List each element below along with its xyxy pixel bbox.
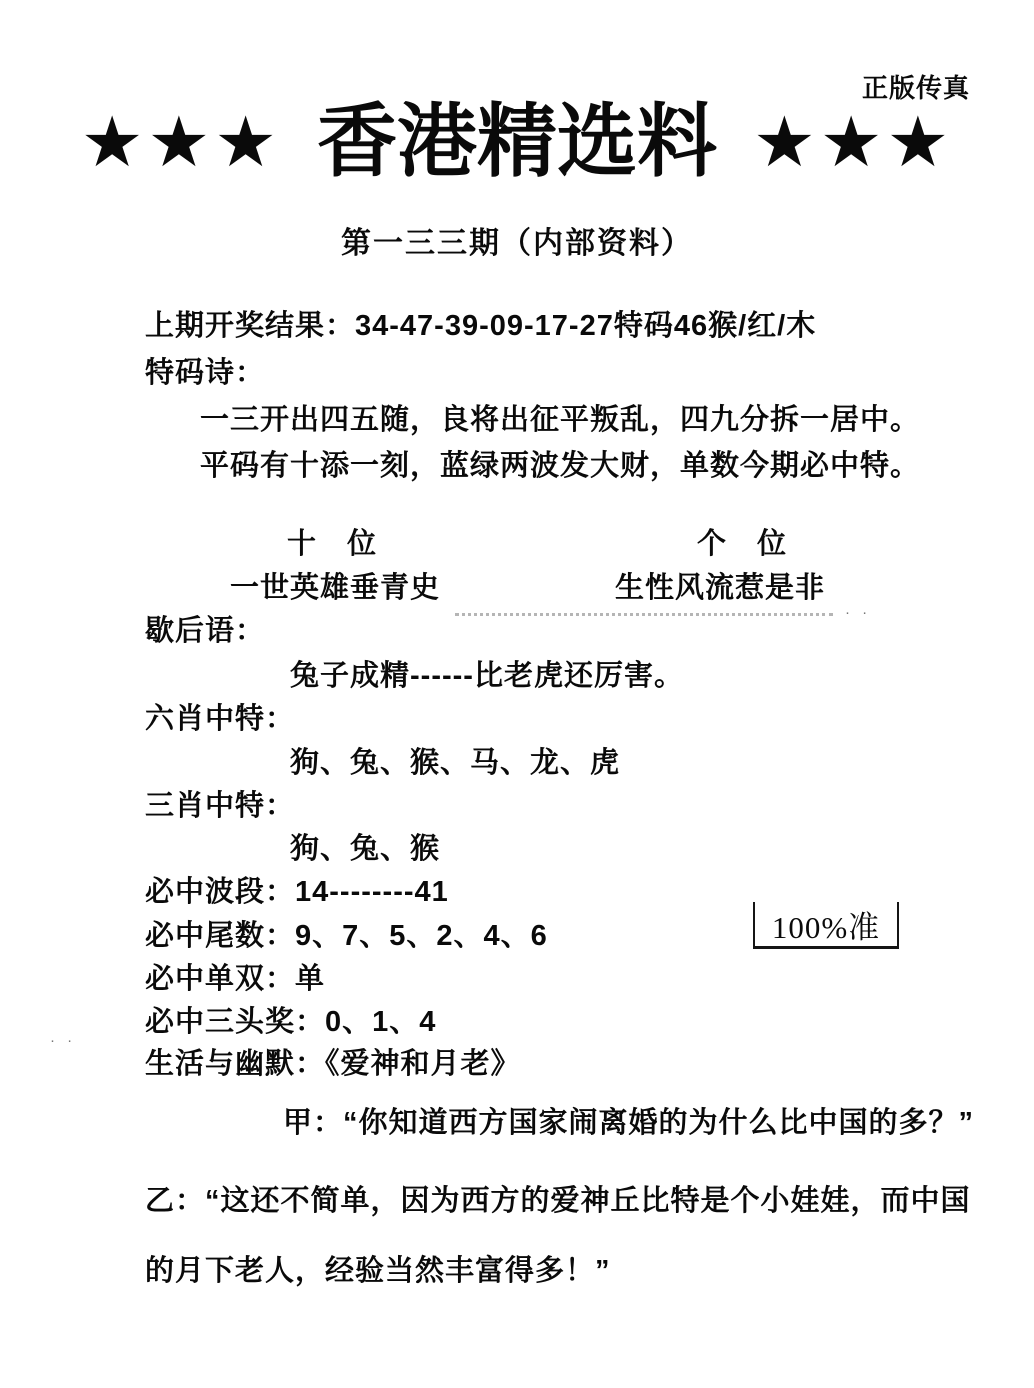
three-zodiac-values: 狗、兔、猴 <box>290 833 440 866</box>
title-row: ★★★ 香港精选料 ★★★ <box>0 96 1034 188</box>
stars-right-icon: ★★★ <box>753 107 953 177</box>
joke-line-c: 的月下老人，经验当然丰富得多！” <box>145 1255 611 1288</box>
tens-phrase: 一世英雄垂青史 <box>230 572 440 605</box>
last-draw-result: 上期开奖结果：34-47-39-09-17-27特码46猴/红/木 <box>145 310 816 343</box>
xiehouyu-label: 歇后语： <box>145 615 265 648</box>
ones-phrase: 生性风流惹是非 <box>615 572 825 605</box>
joke-line-b: 乙：“这还不简单，因为西方的爱神丘比特是个小娃娃，而中国 <box>145 1185 971 1218</box>
xiehouyu-text: 兔子成精------比老虎还厉害。 <box>290 660 684 693</box>
band-line: 必中波段：14--------41 <box>145 876 449 909</box>
joke-line-a: 甲：“你知道西方国家闹离婚的为什么比中国的多？” <box>283 1107 974 1140</box>
six-zodiac-values: 狗、兔、猴、马、龙、虎 <box>290 747 620 780</box>
humor-title-line: 生活与幽默：《爱神和月老》 <box>145 1048 521 1081</box>
odd-even-line: 必中单双：单 <box>145 963 325 996</box>
tens-column-header: 十 位 <box>287 528 377 561</box>
page-title: 香港精选料 <box>317 96 717 188</box>
scan-artifact-dots-right: · · <box>845 604 871 621</box>
issue-subtitle: 第一三三期（内部资料） <box>0 218 1034 262</box>
accuracy-badge: 100%准 <box>753 902 899 949</box>
scan-artifact-dotted-line <box>455 613 833 616</box>
scan-artifact-dots-margin: · · <box>50 1032 76 1049</box>
special-poem-line-1: 一三开出四五随，良将出征平叛乱，四九分拆一居中。 <box>200 404 920 437</box>
six-zodiac-label: 六肖中特： <box>145 703 295 736</box>
ones-column-header: 个 位 <box>697 528 787 561</box>
stars-left-icon: ★★★ <box>81 107 281 177</box>
three-zodiac-label: 三肖中特： <box>145 790 295 823</box>
special-poem-line-2: 平码有十添一刻，蓝绿两波发大财，单数今期必中特。 <box>200 450 920 483</box>
special-poem-label: 特码诗： <box>145 357 265 390</box>
tail-line: 必中尾数：9、7、5、2、4、6 <box>145 920 548 953</box>
head-line: 必中三头奖：0、1、4 <box>145 1006 436 1039</box>
document-canvas: 正版传真 ★★★ 香港精选料 ★★★ 第一三三期（内部资料） 上期开奖结果：34… <box>0 0 1034 1388</box>
